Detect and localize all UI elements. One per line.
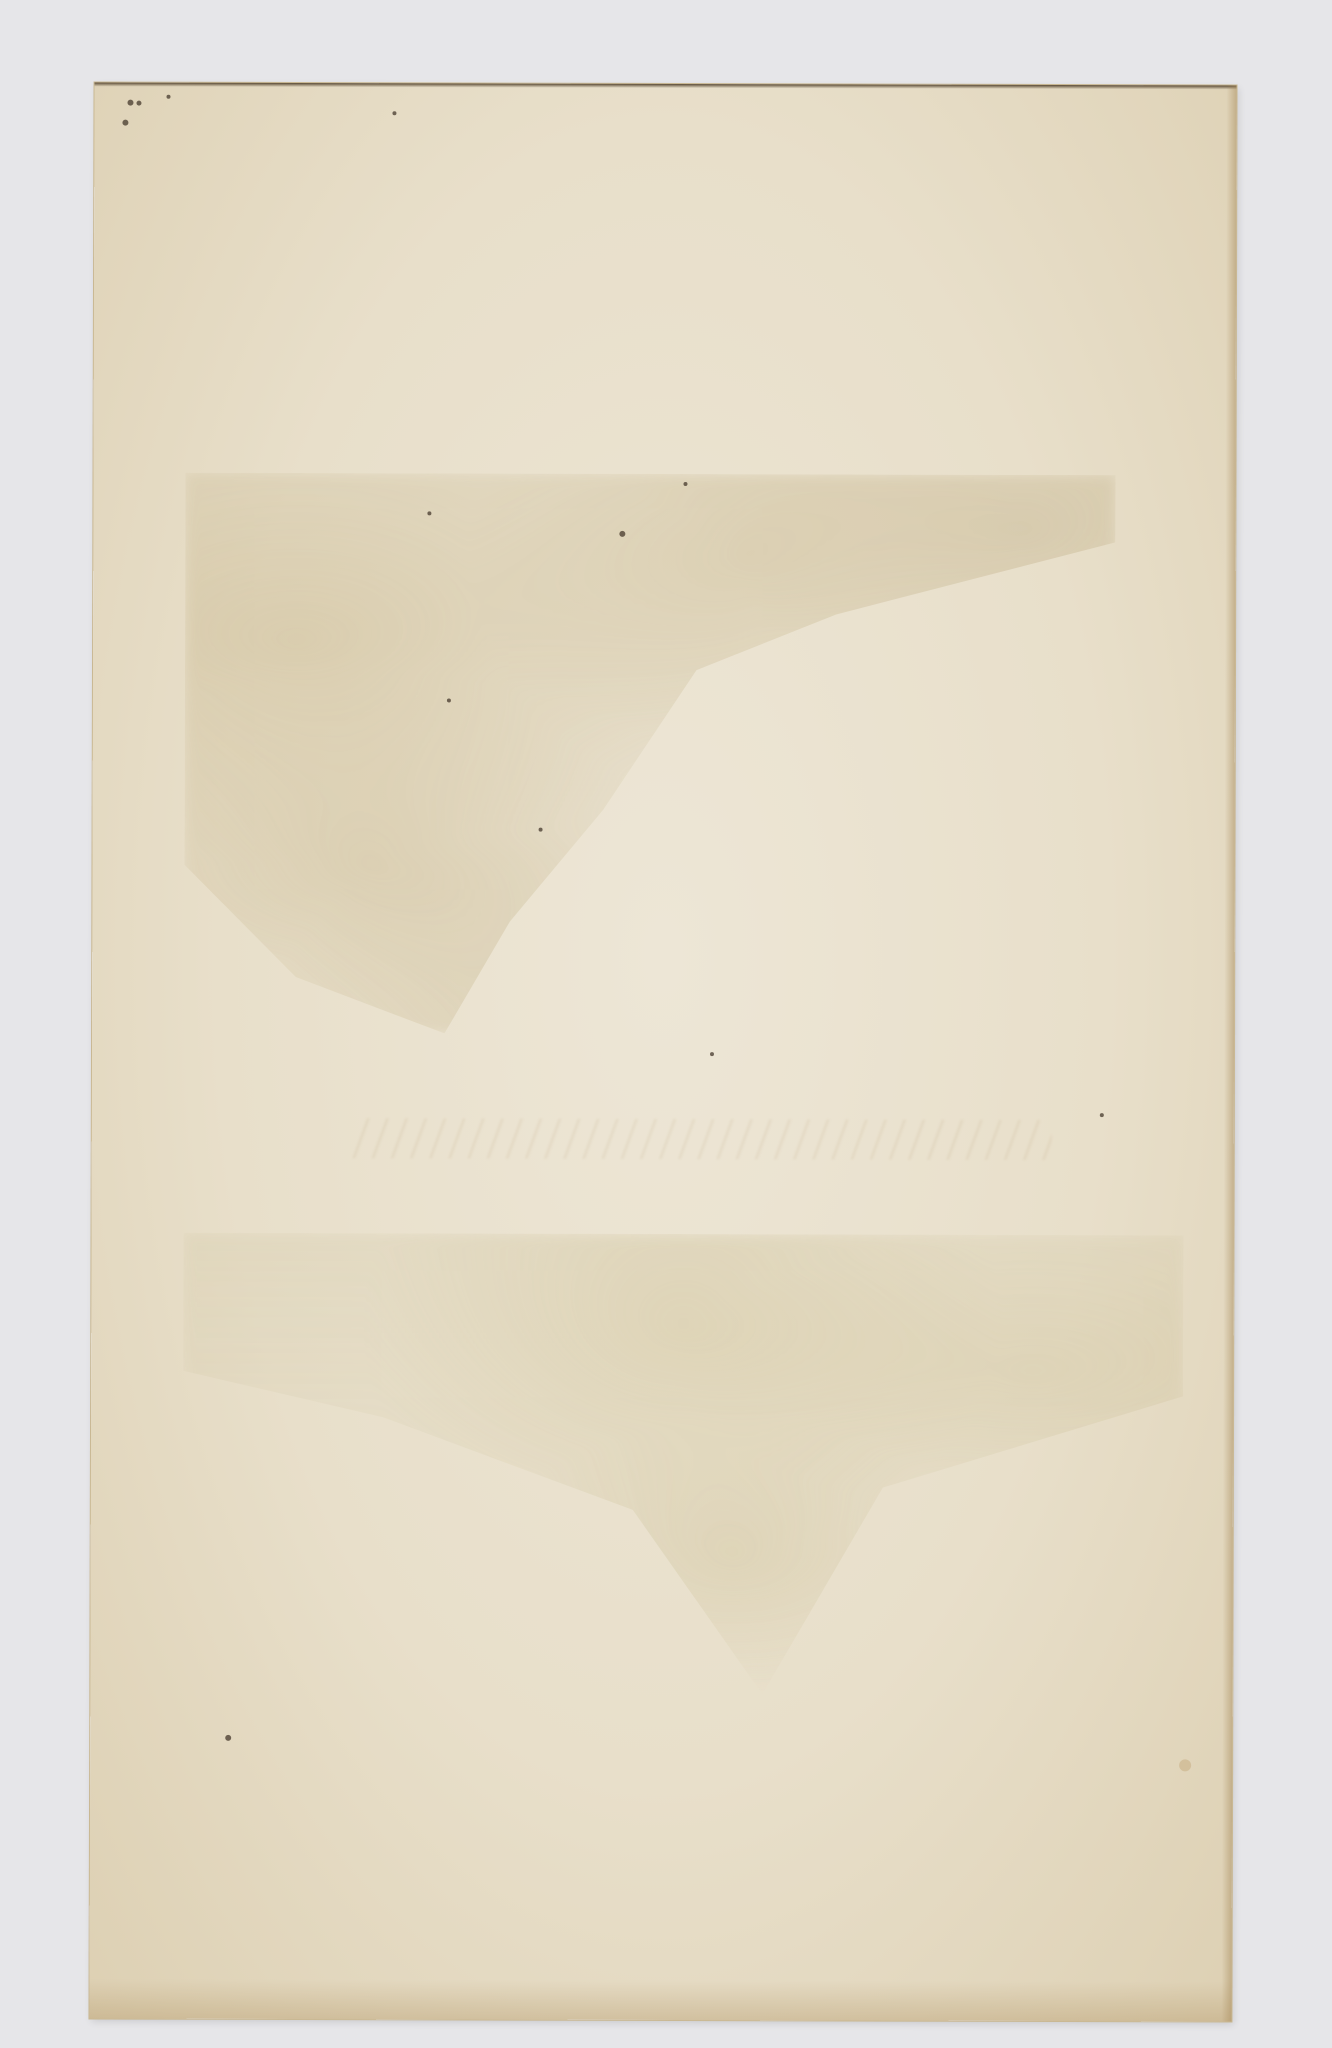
foxing-spot [166, 95, 170, 99]
show-through-caption [352, 1118, 1052, 1160]
paper-sheet [89, 83, 1236, 2022]
foxing-spot [225, 1735, 231, 1741]
foxing-spot [136, 100, 141, 105]
show-through-plate-top [184, 473, 1115, 1035]
foxing-spot [619, 531, 625, 537]
foxing-spot [122, 120, 128, 126]
foxing-spot [710, 1052, 714, 1056]
foxing-spot [1100, 1113, 1104, 1117]
foxing-spot [447, 698, 451, 702]
sheet-right-edge [1221, 85, 1236, 2021]
foxing-spot [427, 511, 431, 515]
sheet-bottom-edge [89, 1979, 1231, 2022]
foxing-spot [539, 828, 543, 832]
foxing-spot [127, 100, 133, 106]
show-through-plate-bottom [182, 1233, 1183, 1696]
foxing-spot [1179, 1759, 1191, 1771]
foxing-spot [392, 111, 396, 115]
sheet-top-edge [95, 83, 1237, 90]
foxing-spot [683, 482, 687, 486]
